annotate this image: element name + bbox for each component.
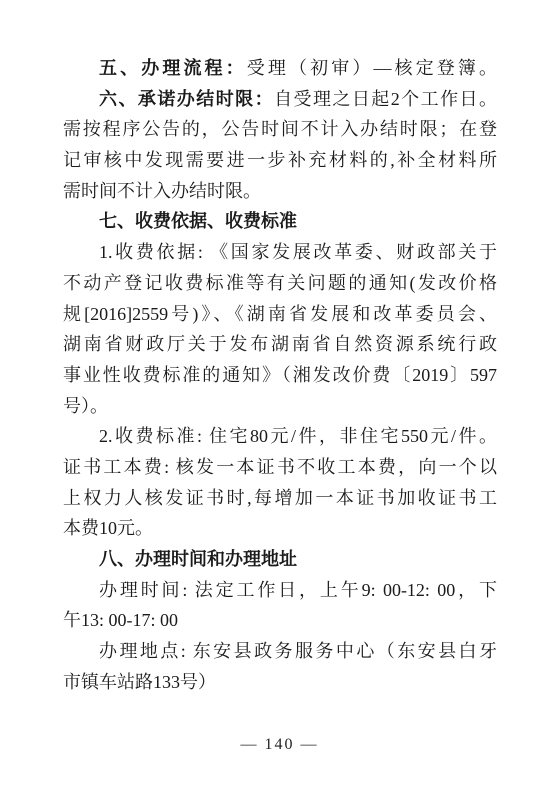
page-number: — 140 —	[0, 736, 559, 754]
body-text: 自受理之日起2个工作日。	[274, 89, 497, 109]
body-text: 不动产登记收费标准等有关问题的通知(发改价格	[63, 273, 497, 293]
body-text: 需按程序公告的，公告时间不计入办结时限；在登	[63, 119, 497, 139]
text-line: 不动产登记收费标准等有关问题的通知(发改价格	[63, 268, 497, 299]
body-text: 午13: 00-17: 00	[63, 610, 178, 630]
body-text: 办理地点: 东安县政务服务中心（东安县白牙	[99, 641, 497, 661]
text-line: 2.收费标准: 住宅80元/件，非住宅550元/件。	[63, 421, 497, 452]
text-line: 号）。	[63, 391, 497, 422]
text-line: 记审核中发现需要进一步补充材料的,补全材料所	[63, 145, 497, 176]
body-text: 湖南省财政厅关于发布湖南省自然资源系统行政	[63, 334, 497, 354]
text-line: 办理地点: 东安县政务服务中心（东安县白牙	[63, 636, 497, 667]
text-line: 五、办理流程：受理（初审）—核定登簿。	[63, 53, 497, 84]
text-line: 七、收费依据、收费标准	[63, 206, 497, 237]
text-line: 事业性收费标准的通知》（湘发改价费〔2019〕597	[63, 360, 497, 391]
heading-text: 八、办理时间和办理地址	[99, 549, 297, 569]
body-text: 1.收费依据: 《国家发展改革委、财政部关于	[99, 242, 497, 262]
text-line: 规[2016]2559号)》、《湖南省发展和改革委员会、	[63, 299, 497, 330]
text-line: 需按程序公告的，公告时间不计入办结时限；在登	[63, 114, 497, 145]
text-line: 办理时间: 法定工作日，上午9: 00-12: 00，下	[63, 575, 497, 606]
text-line: 1.收费依据: 《国家发展改革委、财政部关于	[63, 237, 497, 268]
heading-text: 五、办理流程：	[99, 58, 247, 78]
document-body: 五、办理流程：受理（初审）—核定登簿。六、承诺办结时限：自受理之日起2个工作日。…	[63, 53, 497, 697]
text-line: 午13: 00-17: 00	[63, 605, 497, 636]
body-text: 受理（初审）—核定登簿。	[247, 58, 497, 78]
text-line: 需时间不计入办结时限。	[63, 176, 497, 207]
document-page: 五、办理流程：受理（初审）—核定登簿。六、承诺办结时限：自受理之日起2个工作日。…	[0, 0, 559, 793]
text-line: 八、办理时间和办理地址	[63, 544, 497, 575]
body-text: 证书工本费: 核发一本证书不收工本费，向一个以	[63, 457, 497, 477]
heading-text: 六、承诺办结时限：	[99, 89, 274, 109]
body-text: 办理时间: 法定工作日，上午9: 00-12: 00，下	[99, 580, 497, 600]
text-line: 湖南省财政厅关于发布湖南省自然资源系统行政	[63, 329, 497, 360]
text-line: 六、承诺办结时限：自受理之日起2个工作日。	[63, 84, 497, 115]
text-line: 本费10元。	[63, 513, 497, 544]
body-text: 规[2016]2559号)》、《湖南省发展和改革委员会、	[63, 304, 497, 324]
body-text: 事业性收费标准的通知》（湘发改价费〔2019〕597	[63, 365, 497, 385]
body-text: 需时间不计入办结时限。	[63, 181, 261, 201]
text-line: 证书工本费: 核发一本证书不收工本费，向一个以	[63, 452, 497, 483]
text-line: 市镇车站路133号）	[63, 667, 497, 698]
body-text: 上权力人核发证书时,每增加一本证书加收证书工	[63, 488, 497, 508]
text-line: 上权力人核发证书时,每增加一本证书加收证书工	[63, 483, 497, 514]
body-text: 号）。	[63, 396, 108, 416]
body-text: 市镇车站路133号）	[63, 672, 216, 692]
body-text: 2.收费标准: 住宅80元/件，非住宅550元/件。	[99, 426, 497, 446]
heading-text: 七、收费依据、收费标准	[99, 211, 297, 231]
body-text: 本费10元。	[63, 518, 153, 538]
body-text: 记审核中发现需要进一步补充材料的,补全材料所	[63, 150, 497, 170]
